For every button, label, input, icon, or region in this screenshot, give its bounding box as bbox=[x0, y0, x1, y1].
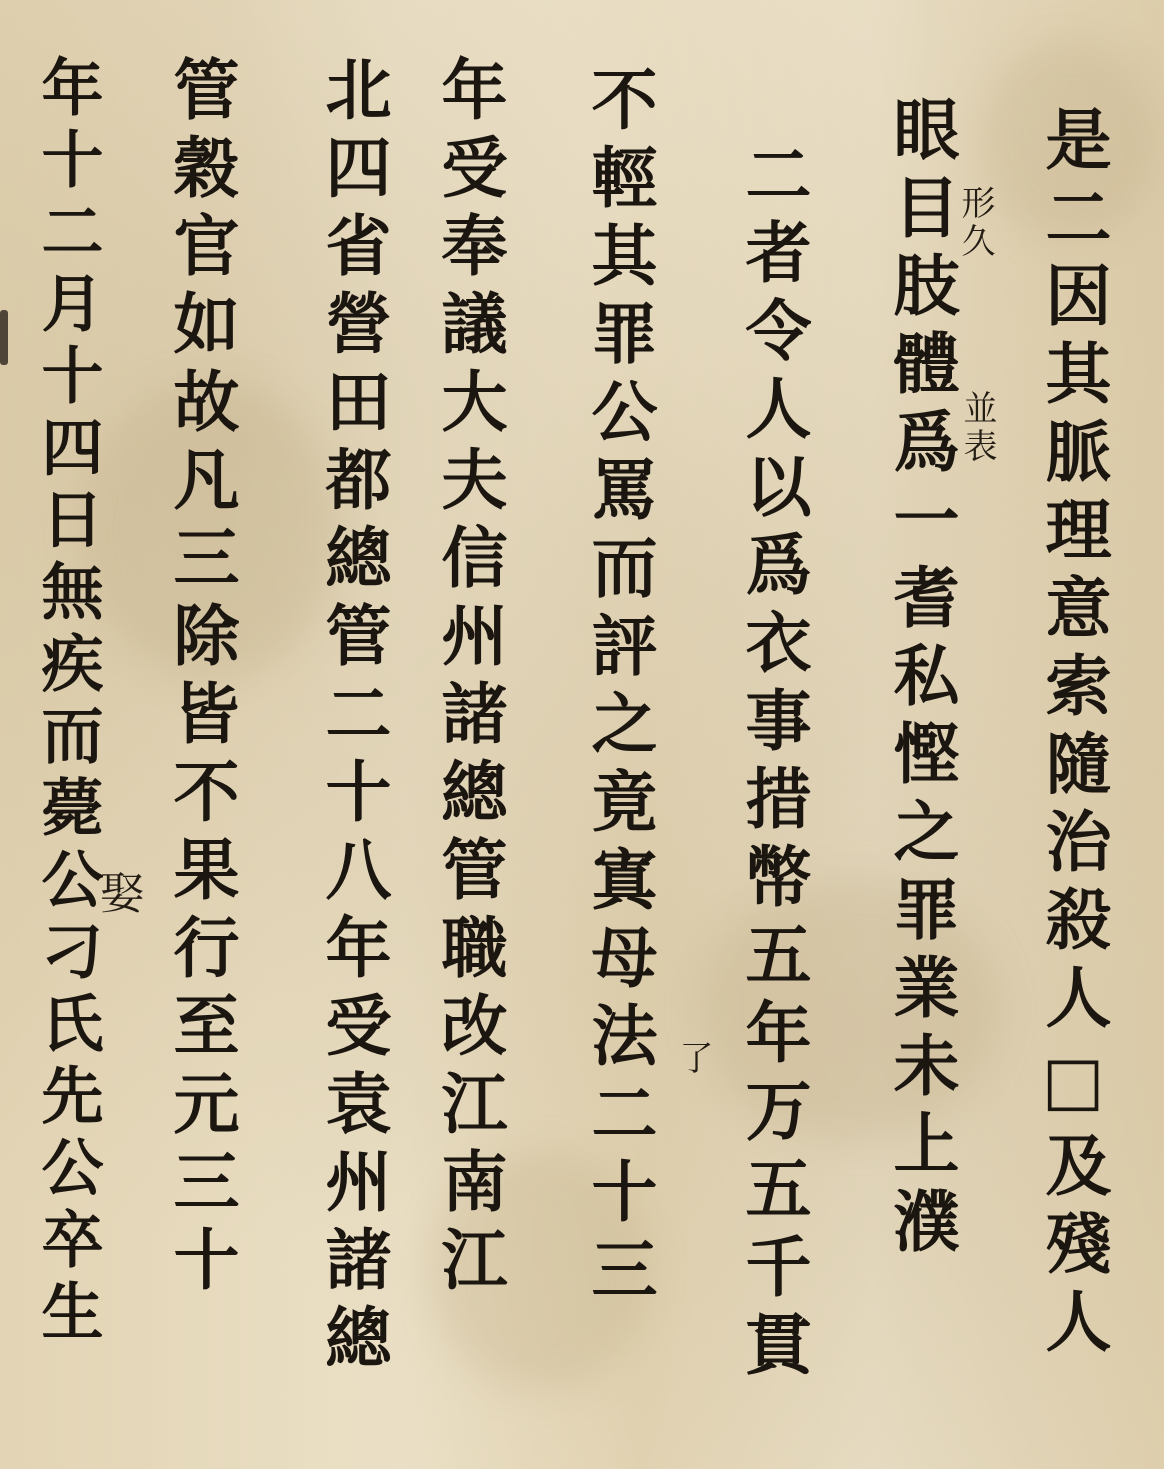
text-column-5: 年受奉議大夫信州諸總管職改江南江 bbox=[436, 55, 502, 1303]
manuscript-page: 是二因其脈理意索隨治殺人□及殘人 眼目肢體爲一耆私慳之罪業未上濮 二者令人以爲衣… bbox=[0, 0, 1164, 1469]
margin-annotation: 娶 bbox=[95, 870, 139, 918]
text-column-6: 北四省營田都總管二十八年受袁州諸總 bbox=[320, 55, 386, 1381]
margin-annotation: 了 bbox=[676, 1040, 710, 1078]
text-column-1: 是二因其脈理意索隨治殺人□及殘人 bbox=[1040, 105, 1106, 1365]
margin-annotation: 並表 bbox=[960, 390, 994, 466]
text-column-7: 管穀官如故凡三除皆不果行至元三十 bbox=[168, 55, 234, 1303]
text-column-4: 不輕其罪公罵而評之竟寘母法二十三 bbox=[586, 65, 652, 1313]
text-column-2: 眼目肢體爲一耆私慳之罪業未上濮 bbox=[888, 95, 954, 1265]
text-column-3: 二者令人以爲衣事措幣五年万五千貫 bbox=[740, 140, 806, 1388]
edge-ink-mark bbox=[0, 310, 8, 365]
margin-annotation: 形久 bbox=[958, 185, 992, 261]
text-column-8: 年十二月十四日無疾而薨公刁氏先公卒生 bbox=[36, 55, 98, 1351]
